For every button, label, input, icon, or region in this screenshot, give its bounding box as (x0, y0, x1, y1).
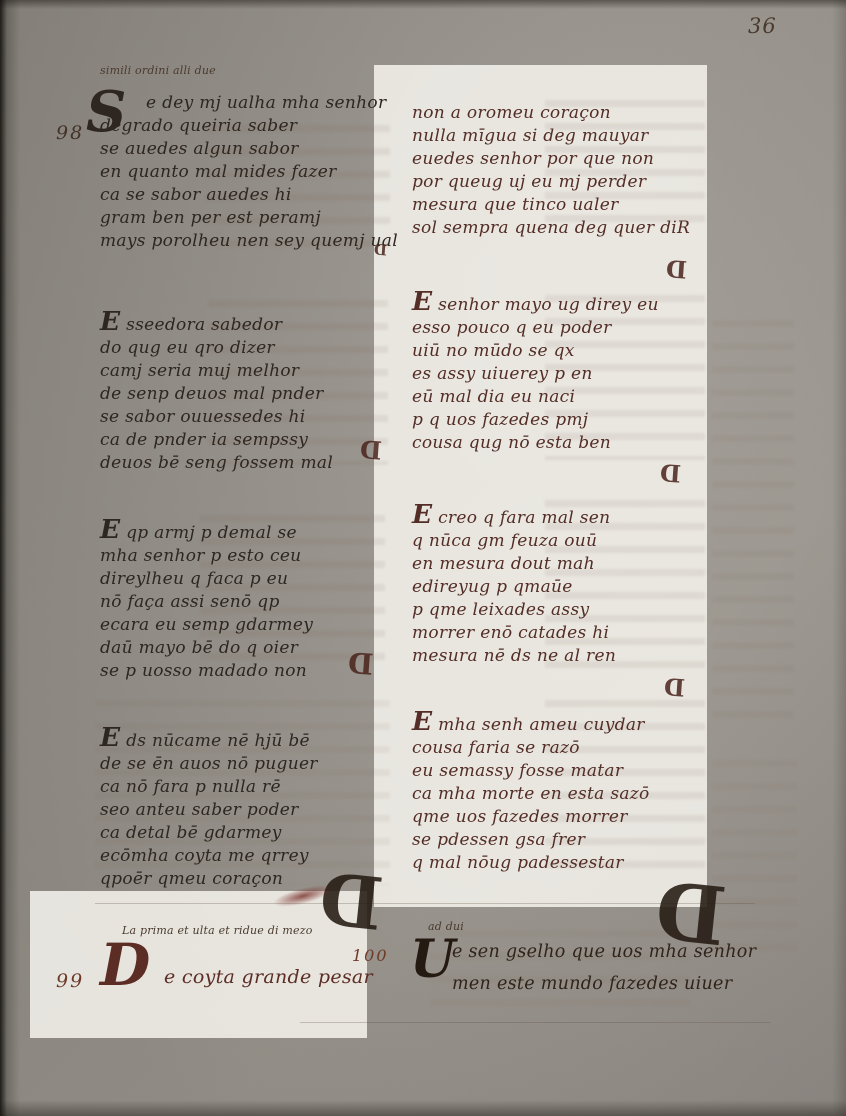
paragraph-mark-icon: D (359, 437, 382, 463)
verse-line: p q uos fazedes pmj (412, 409, 722, 432)
stanza: non a oromeu coraçonnulla mīgua si deg m… (412, 102, 722, 240)
verse-line: E sseedora sabedor (100, 310, 410, 337)
verse-line: euedes senhor por que non (412, 148, 722, 171)
stanza: E senhor mayo ug direy euesso pouco q eu… (412, 290, 722, 455)
verse-line: qme uos fazedes morrer (412, 806, 722, 829)
verse-line: eu semassy fosse matar (412, 760, 722, 783)
verse-line: de se ēn auos nō puguer (100, 753, 410, 776)
poem-100-line: men este mundo fazedes uiuer (452, 974, 732, 994)
paragraph-mark-icon: D (665, 257, 687, 282)
paragraph-mark-icon: D (347, 649, 374, 680)
verse-line: mesura que tinco ualer (412, 194, 722, 217)
verse-line: ca mha morte en esta sazō (412, 783, 722, 806)
verse-line: nō faça assi senō qp (100, 591, 410, 614)
verse-line: esso pouco q eu poder (412, 317, 722, 340)
verse-line: sol sempra quena deg quer diR (412, 217, 722, 240)
bleedthrough-texture (712, 760, 797, 960)
poem-number-99: 99 (56, 970, 84, 992)
flourish-ornament: D (652, 871, 729, 958)
verse-line: se sabor ouuessedes hi (100, 406, 410, 429)
verse-line: mesura nē ds ne al ren (412, 645, 722, 668)
ruling-line (300, 1022, 770, 1023)
verse-line: ca detal bē gdarmey (100, 822, 410, 845)
verse-line: se auedes algun sabor (100, 138, 410, 161)
paragraph-mark-icon: D (659, 461, 681, 486)
verse-line: E senhor mayo ug direy eu (412, 290, 722, 317)
highlight-overlay-bottom-left (30, 891, 367, 1038)
paragraph-mark-icon: D (373, 243, 387, 259)
stanza: E mha senh ameu cuydarcousa faria se raz… (412, 710, 722, 875)
verse-line: gram ben per est peramj (100, 207, 410, 230)
stanza: E creo q fara mal senq nūca gm feuza ouū… (412, 503, 722, 668)
verse-line: es assy uiuerey p en (412, 363, 722, 386)
verse-line: mays porolheu nen sey quemj ual (100, 230, 410, 253)
verse-line: en mesura dout mah (412, 553, 722, 576)
verse-line: E ds nūcame nē hjū bē (100, 726, 410, 753)
marginal-note-top: simili ordini alli due (100, 64, 216, 77)
verse-line: q nūca gm feuza ouū (412, 530, 722, 553)
poem-99-incipit: e coyta grande pesar (164, 966, 373, 988)
bleedthrough-texture (712, 320, 794, 720)
verse-line: E creo q fara mal sen (412, 503, 722, 530)
verse-line: non a oromeu coraçon (412, 102, 722, 125)
verse-line: E qp armj p demal se (100, 518, 410, 545)
paragraph-mark-icon: D (663, 675, 685, 700)
drop-cap-initial: D (100, 936, 150, 994)
poem-number-100: 100 (352, 946, 389, 965)
verse-line: edireyug p qmaūe (412, 576, 722, 599)
verse-line: mha senhor p esto ceu (100, 545, 410, 568)
verse-line: ca nō fara p nulla rē (100, 776, 410, 799)
verse-line: E mha senh ameu cuydar (412, 710, 722, 737)
verse-line: direylheu q faca p eu (100, 568, 410, 591)
verse-line: en quanto mal mides fazer (100, 161, 410, 184)
folio-number: 36 (748, 14, 777, 38)
stanza: e dey mj ualha mha senhordegrado queiria… (100, 92, 410, 253)
manuscript-page: 36 simili ordini alli due 98 S e dey mj … (0, 0, 846, 1116)
verse-line: e dey mj ualha mha senhor (100, 92, 410, 115)
verse-line: morrer enō catades hi (412, 622, 722, 645)
verse-line: seo anteu saber poder (100, 799, 410, 822)
verse-line: ecara eu semp gdarmey (100, 614, 410, 637)
verse-line: de senp deuos mal pnder (100, 383, 410, 406)
verse-line: camj seria muj melhor (100, 360, 410, 383)
marginal-note-bottom-left: La prima et ulta et ridue di mezo (122, 924, 313, 937)
verse-line: nulla mīgua si deg mauyar (412, 125, 722, 148)
poem-number-98: 98 (56, 122, 84, 144)
flourish-ornament: D (316, 863, 386, 941)
verse-line: eū mal dia eu naci (412, 386, 722, 409)
verse-line: degrado queiria saber (100, 115, 410, 138)
verse-line: do qug eu qro dizer (100, 337, 410, 360)
verse-line: p qme leixades assy (412, 599, 722, 622)
verse-line: ca se sabor auedes hi (100, 184, 410, 207)
verse-line: uiū no mūdo se qx (412, 340, 722, 363)
verse-line: por queug uj eu mj perder (412, 171, 722, 194)
verse-line: se pdessen gsa frer (412, 829, 722, 852)
verse-line: cousa qug nō esta ben (412, 432, 722, 455)
drop-cap-initial: U (410, 934, 455, 986)
verse-line: cousa faria se razō (412, 737, 722, 760)
